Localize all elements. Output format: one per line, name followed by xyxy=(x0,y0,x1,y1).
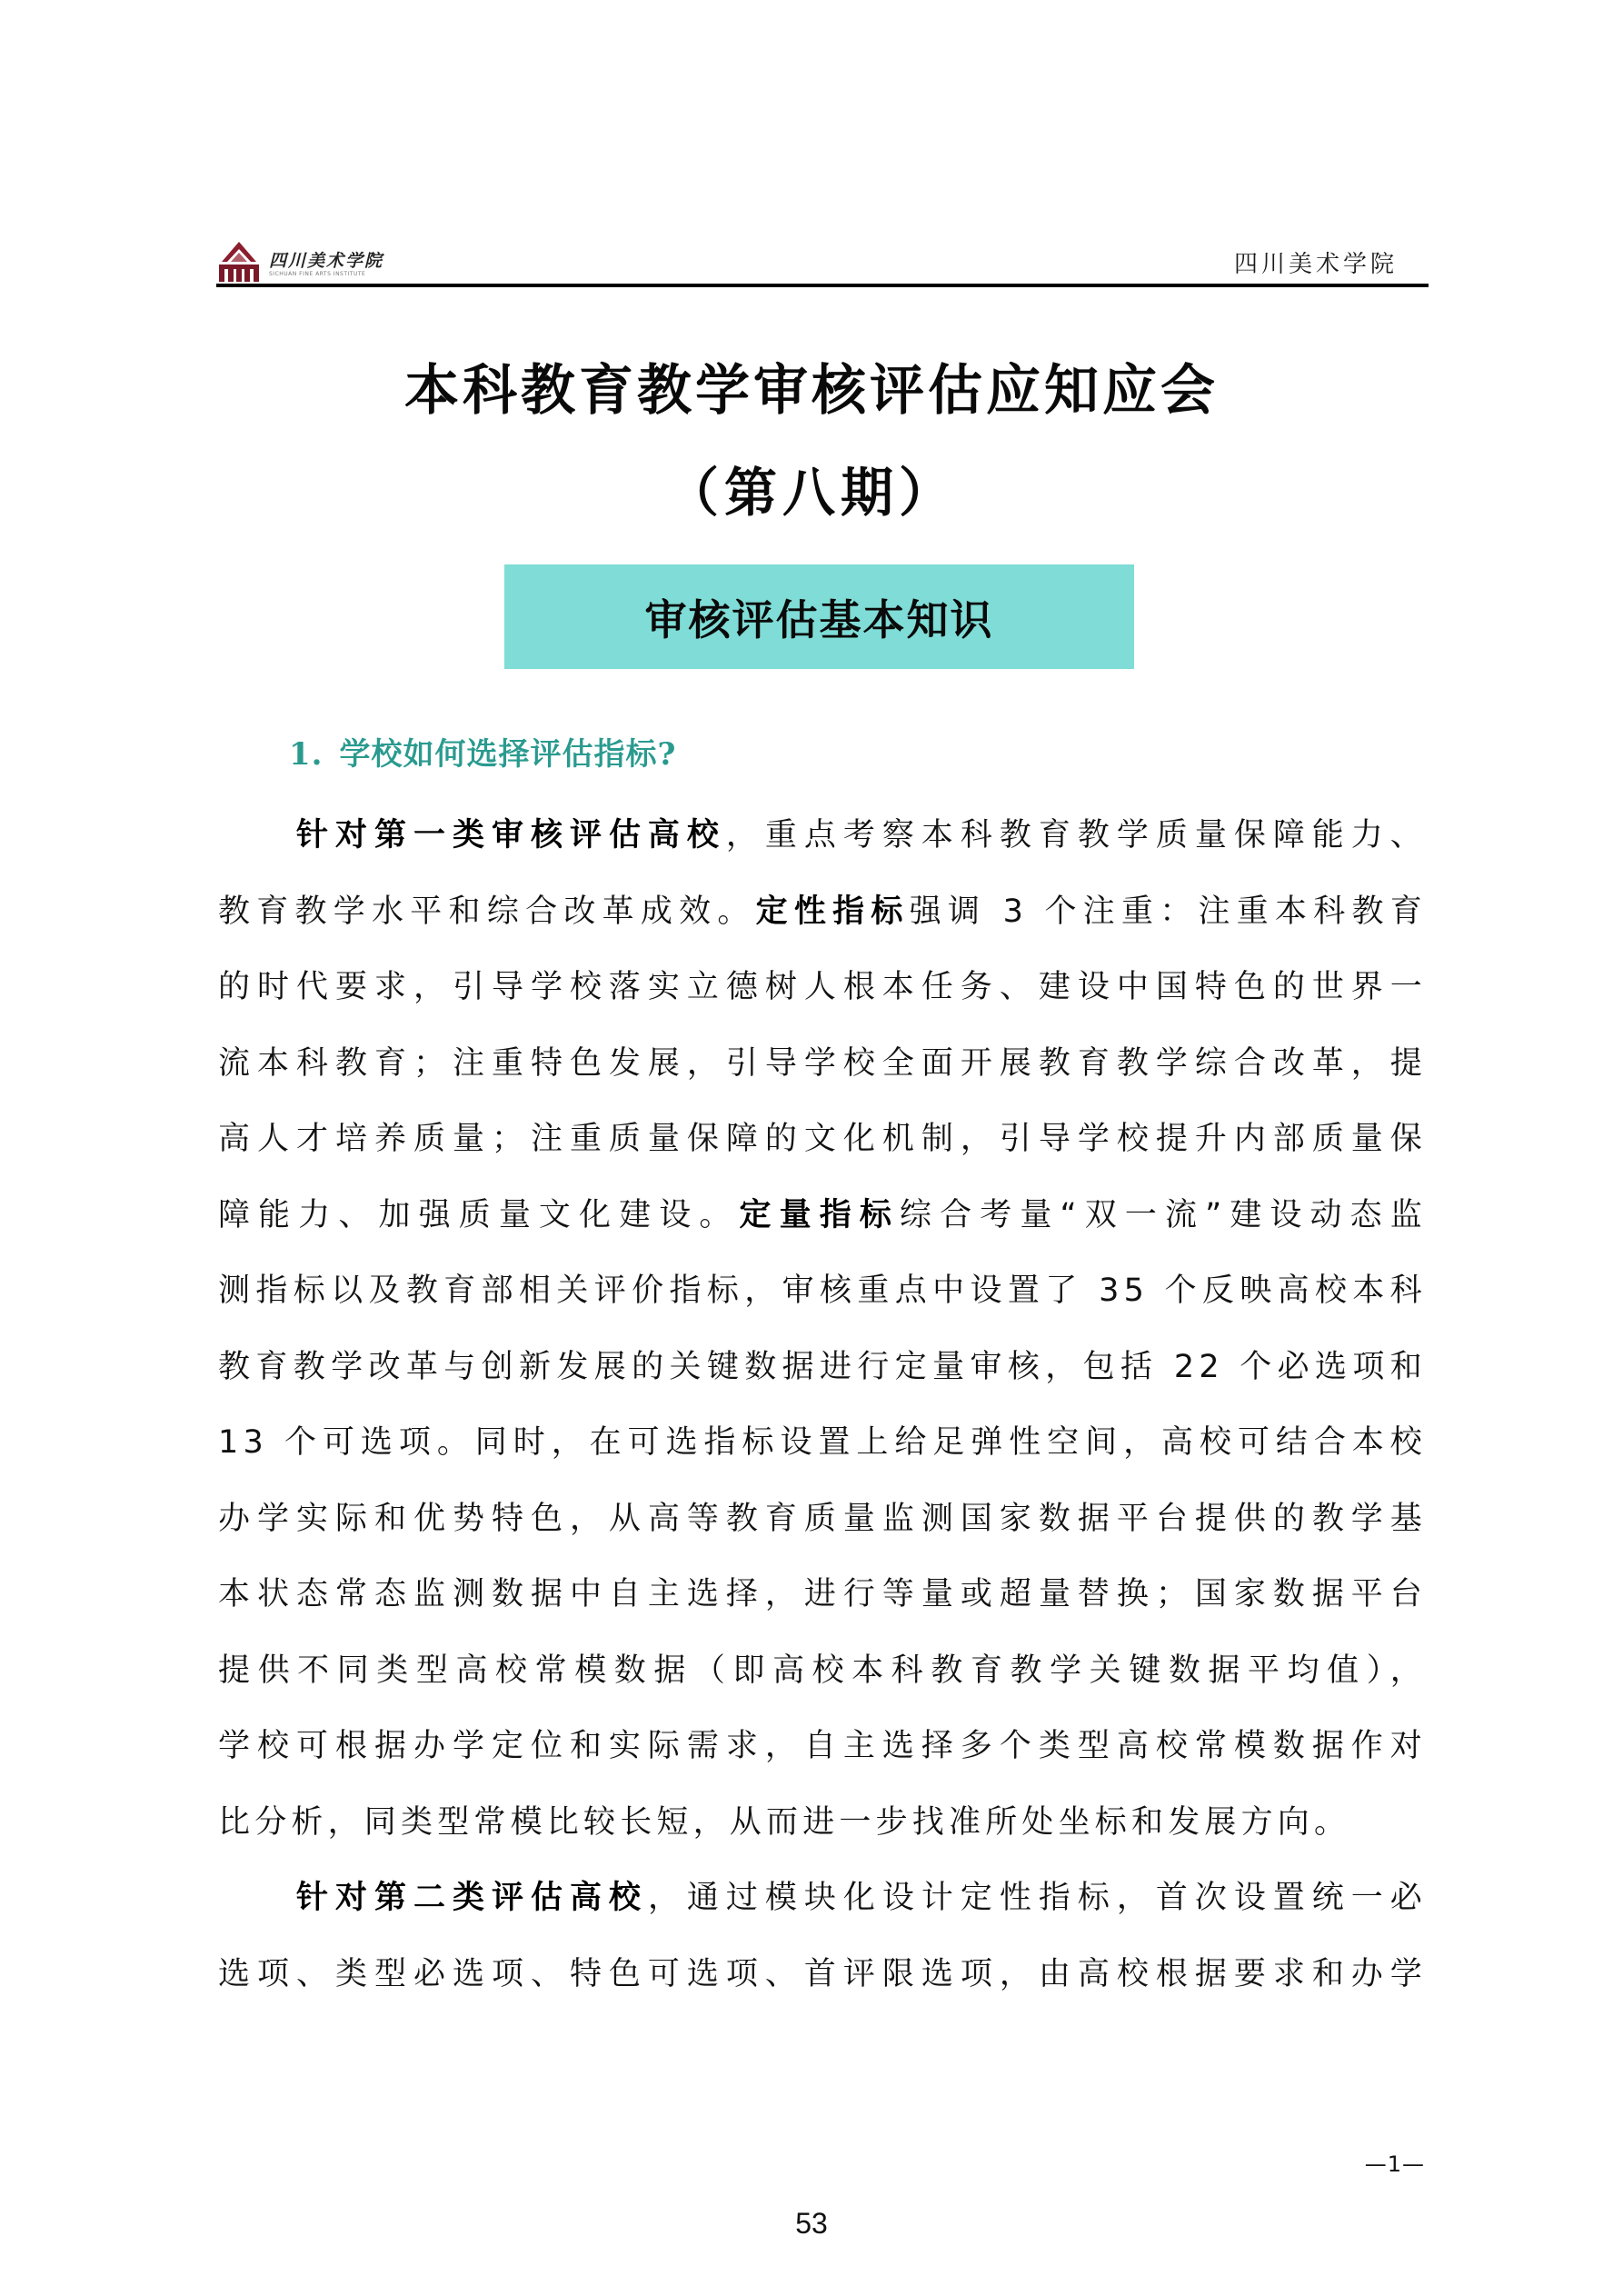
school-logo: 四川美术学院 SICHUAN FINE ARTS INSTITUTE xyxy=(216,235,383,282)
body-line: 高人才培养质量；注重质量保障的文化机制，引导学校提升内部质量保 xyxy=(218,1102,1427,1178)
bold-term: 定性指标 xyxy=(756,893,910,930)
body-line: 提供不同类型高校常模数据（即高校本科教育教学关键数据平均值）， xyxy=(218,1633,1427,1710)
body-line: 流本科教育；注重特色发展，引导学校全面开展教育教学综合改革，提 xyxy=(218,1026,1427,1103)
body-line: 比分析，同类型常模比较长短，从而进一步找准所处坐标和发展方向。 xyxy=(218,1785,1427,1862)
question-number: 1. xyxy=(289,736,324,773)
school-building-logo-icon xyxy=(216,240,262,282)
question-text: 学校如何选择评估指标? xyxy=(340,736,677,773)
section-banner-label: 审核评估基本知识 xyxy=(645,587,994,647)
bold-lead: 针对第二类评估高校 xyxy=(296,1880,648,1916)
body-paragraphs: 针对第一类审核评估高校，重点考察本科教育教学质量保障能力、 教育教学水平和综合改… xyxy=(218,798,1427,2012)
body-line: 的时代要求，引导学校落实立德树人根本任务、建设中国特色的世界一 xyxy=(218,950,1427,1026)
bold-lead: 针对第一类审核评估高校 xyxy=(296,817,726,854)
body-line: 本状态常态监测数据中自主选择，进行等量或超量替换；国家数据平台 xyxy=(218,1557,1427,1633)
bold-term: 定量指标 xyxy=(740,1197,900,1233)
body-line: 选项、类型必选项、特色可选项、首评限选项，由高校根据要求和办学 xyxy=(218,1937,1427,2013)
question-heading: 1.学校如何选择评估指标? xyxy=(289,732,676,777)
inner-page-number: —1— xyxy=(1365,2151,1425,2177)
logo-school-name-cn: 四川美术学院 xyxy=(269,251,383,271)
header-school-name: 四川美术学院 xyxy=(1234,245,1398,279)
issue-number: （第八期） xyxy=(0,456,1623,529)
body-line: 教育教学改革与创新发展的关键数据进行定量审核，包括 22 个必选项和 xyxy=(218,1330,1427,1406)
page-number: 53 xyxy=(0,2207,1623,2241)
body-line: 针对第二类评估高校，通过模块化设计定性指标，首次设置统一必 xyxy=(218,1861,1427,1937)
logo-school-name-en: SICHUAN FINE ARTS INSTITUTE xyxy=(269,271,383,278)
body-line: 针对第一类审核评估高校，重点考察本科教育教学质量保障能力、 xyxy=(218,798,1427,874)
body-line: 教育教学水平和综合改革成效。定性指标强调 3 个注重：注重本科教育 xyxy=(218,874,1427,951)
section-banner: 审核评估基本知识 xyxy=(504,564,1134,669)
body-line: 13 个可选项。同时，在可选指标设置上给足弹性空间，高校可结合本校 xyxy=(218,1405,1427,1482)
body-line: 障能力、加强质量文化建设。定量指标综合考量“双一流”建设动态监 xyxy=(218,1178,1427,1254)
header-divider xyxy=(216,284,1429,287)
body-line: 测指标以及教育部相关评价指标，审核重点中设置了 35 个反映高校本科 xyxy=(218,1253,1427,1330)
page-header: 四川美术学院 SICHUAN FINE ARTS INSTITUTE 四川美术学… xyxy=(216,235,1429,285)
document-title: 本科教育教学审核评估应知应会 xyxy=(0,354,1623,427)
body-line: 办学实际和优势特色，从高等教育质量监测国家数据平台提供的教学基 xyxy=(218,1482,1427,1558)
body-line: 学校可根据办学定位和实际需求，自主选择多个类型高校常模数据作对 xyxy=(218,1709,1427,1785)
